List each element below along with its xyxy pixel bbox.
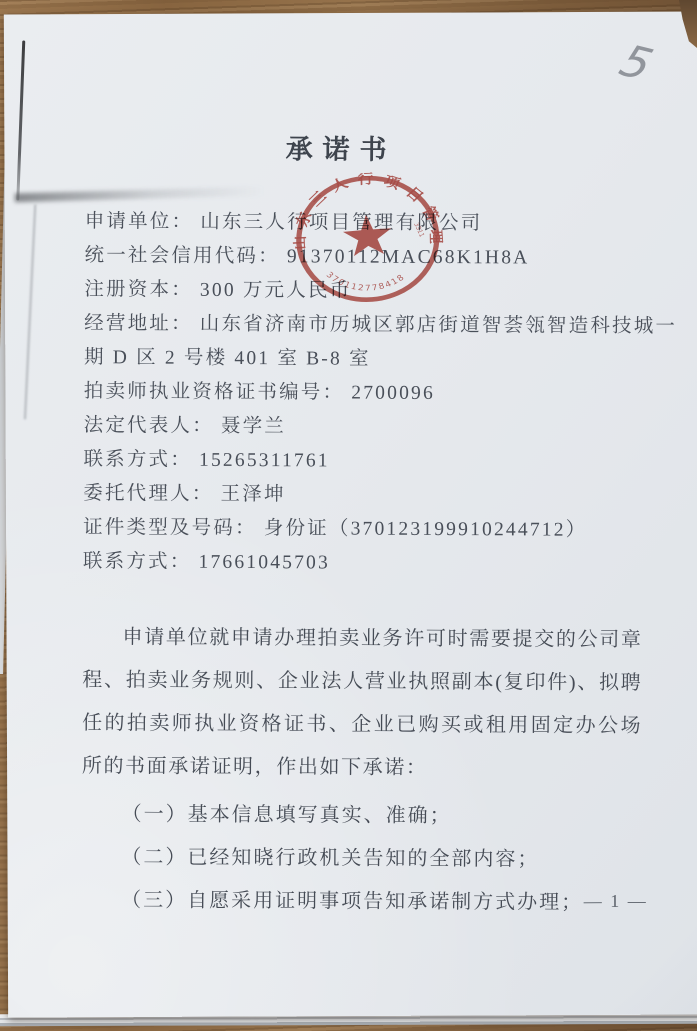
commitment-paragraph: 申请单位就申请办理拍卖业务许可时需要提交的公司章程、拍卖业务规则、企业法人营业执… bbox=[82, 616, 643, 791]
seal-side-number: 3311 bbox=[412, 222, 425, 238]
info-line-legal-rep: 法定代表人： 聂学兰 bbox=[84, 409, 644, 446]
info-line-agent: 委托代理人： 王泽坤 bbox=[83, 477, 643, 514]
page-number: — 1 — bbox=[556, 891, 676, 913]
info-line-auctioneer-cert: 拍卖师执业资格证书编号： 2700096 bbox=[84, 375, 644, 412]
info-line-contact-1: 联系方式： 15265311761 bbox=[83, 443, 643, 480]
paper-crease-faint bbox=[24, 204, 36, 419]
company-seal-stamp: 山东三人行项目管理有限公司 370112778418 3311 bbox=[288, 168, 447, 311]
info-line-address-1: 经营地址： 山东省济南市历城区郭店街道智荟瓴智造科技城一 bbox=[84, 307, 644, 344]
promise-item-1: （一）基本信息填写真实、准确； bbox=[82, 793, 642, 839]
document-content: 承诺书 申请单位： 山东三人行项目管理有限公司 统一社会信用代码： 913701… bbox=[81, 14, 646, 925]
document-title: 承诺书 bbox=[85, 126, 645, 168]
photo-of-document: 承诺书 申请单位： 山东三人行项目管理有限公司 统一社会信用代码： 913701… bbox=[0, 0, 697, 1031]
document-page: 承诺书 申请单位： 山东三人行项目管理有限公司 统一社会信用代码： 913701… bbox=[4, 11, 697, 1017]
info-line-id-number: 证件类型及号码： 身份证（370123199910244712） bbox=[83, 511, 643, 548]
info-line-address-2: 期 D 区 2 号楼 401 室 B-8 室 bbox=[84, 341, 644, 378]
info-line-contact-2: 联系方式： 17661045703 bbox=[83, 545, 643, 582]
paper-crease-line bbox=[16, 40, 25, 200]
seal-star-icon bbox=[342, 213, 393, 257]
promise-item-2: （二）已经知晓行政机关告知的全部内容； bbox=[81, 836, 641, 882]
